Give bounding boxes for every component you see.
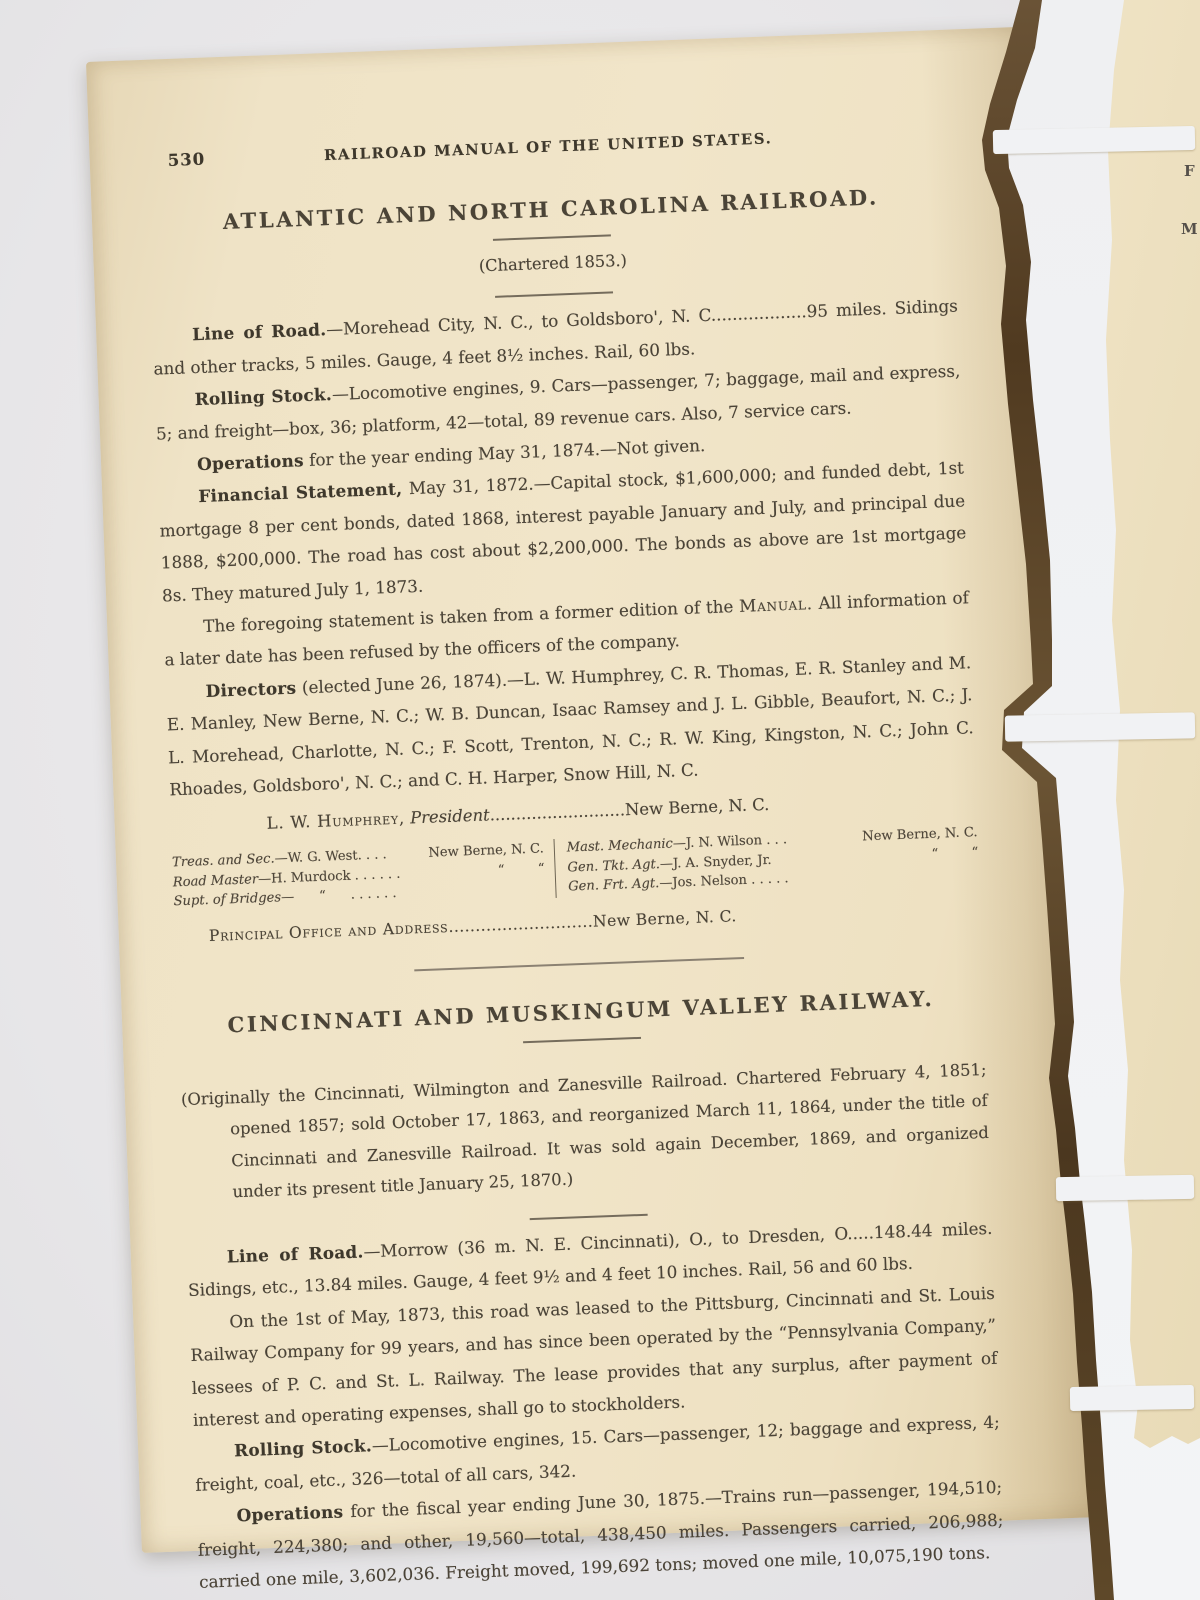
president-place: New Berne, N. C. <box>625 795 770 819</box>
section-title-atlantic: ATLANTIC AND NORTH CAROLINA RAILROAD. <box>148 181 954 236</box>
officials-right-column: Mast. Mechanic—J. N. Wilson . . .New Ber… <box>553 823 979 898</box>
title-rule <box>493 234 611 240</box>
president-name: L. W. Humphrey, <box>266 809 405 833</box>
page-header: 530 RAILROAD MANUAL OF THE UNITED STATES… <box>145 116 952 178</box>
officials-left-column: Treas. and Sec.—W. G. West. . . .New Ber… <box>172 839 556 912</box>
history-rule <box>530 1214 648 1220</box>
principal-office-place: New Berne, N. C. <box>593 907 737 930</box>
paragraph-label: Rolling Stock. <box>234 1436 372 1461</box>
paragraph-label: Directors <box>205 677 296 700</box>
paragraph-label: Operations <box>236 1502 343 1526</box>
binding-notch <box>993 126 1195 154</box>
binding-notch <box>1005 712 1195 741</box>
binding-notch <box>1070 1385 1194 1411</box>
section-divider-rule <box>414 957 744 971</box>
page-content: 530 RAILROAD MANUAL OF THE UNITED STATES… <box>145 116 1005 1599</box>
binding-notch <box>1056 1175 1194 1201</box>
paragraph-label: Financial Statement, <box>198 479 403 507</box>
paragraph-text: (elected June 26, 1874).—L. W. Humphrey,… <box>167 652 974 799</box>
paragraph-text: May 31, 1872.—Capital stock, $1,600,000;… <box>159 458 966 605</box>
paragraph-history: (Originally the Cincinnati, Wilmington a… <box>180 1054 990 1209</box>
book-page: 530 RAILROAD MANUAL OF THE UNITED STATES… <box>86 26 1106 1553</box>
president-role: President <box>410 806 490 828</box>
running-title: RAILROAD MANUAL OF THE UNITED STATES. <box>205 121 892 175</box>
official-place: “ “ <box>931 843 978 864</box>
official-role: Gen. Frt. Agt. <box>568 874 660 897</box>
charter-note: (Chartered 1853.) <box>150 233 957 294</box>
manual-smallcaps: Manual. <box>739 593 813 616</box>
paragraph-label: Line of Road. <box>227 1241 364 1266</box>
title-rule <box>523 1037 641 1043</box>
principal-office-label: Principal Office and Address <box>209 918 449 945</box>
paragraph-label: Rolling Stock. <box>194 384 332 409</box>
official-name: — “ . . . . . . <box>281 884 397 908</box>
adjacent-page-letter-m: M <box>1181 220 1199 238</box>
official-name: —Jos. Nelson . . . . . <box>659 870 789 894</box>
charter-rule <box>495 292 613 298</box>
photo-background: { "palette": { "photo_bg": "#e7e6e8", "p… <box>0 0 1200 1600</box>
leader-dots: .......................... <box>489 801 625 825</box>
paragraph-label: Line of Road. <box>192 319 327 344</box>
leader-dots: ........................... <box>448 913 593 936</box>
section-title-cincinnati: CINCINNATI AND MUSKINGUM VALLEY RAILWAY. <box>178 984 984 1039</box>
page-number: 530 <box>167 144 206 177</box>
paragraph-label: Operations <box>197 450 304 474</box>
adjacent-page-letter-f: F <box>1184 162 1196 180</box>
official-place: “ “ <box>497 859 544 880</box>
official-role: Supt. of Bridges <box>173 889 281 913</box>
